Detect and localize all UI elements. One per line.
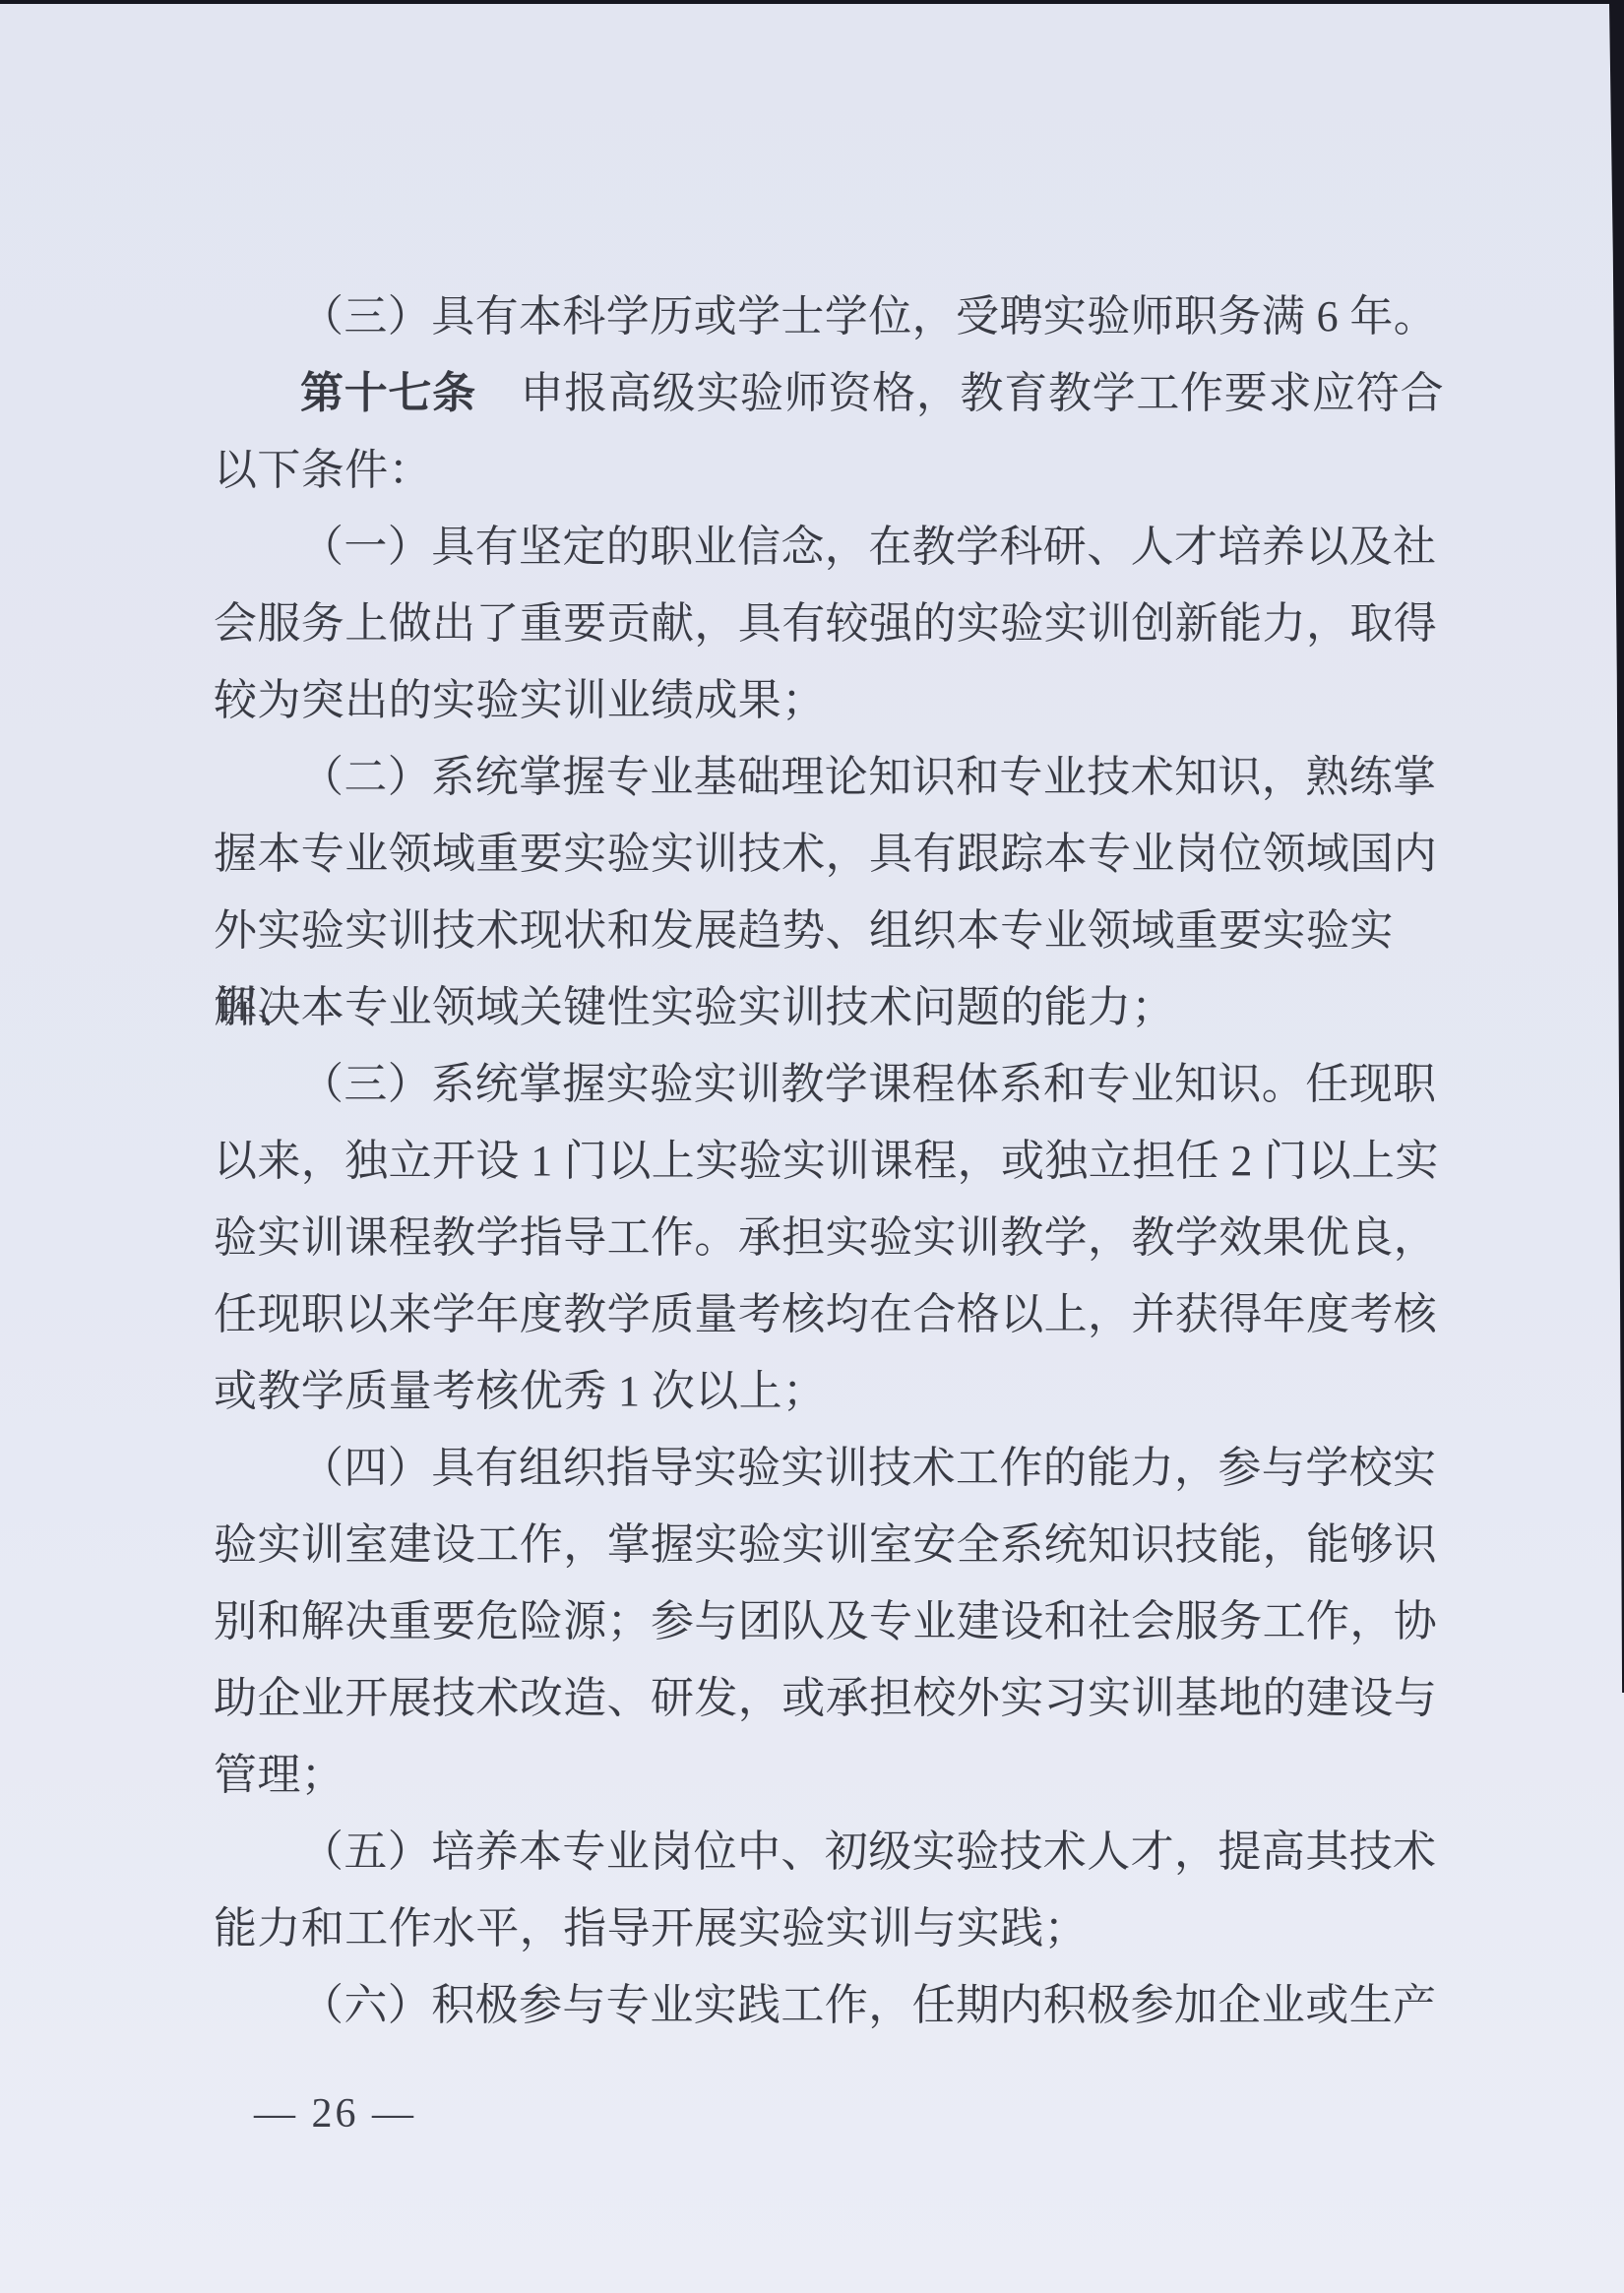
text-line: 任现职以来学年度教学质量考核均在合格以上，并获得年度考核	[214, 1276, 1444, 1353]
text-run: 会服务上做出了重要贡献，具有较强的实验实训创新能力，取得	[214, 599, 1437, 648]
text-run: （一）具有坚定的职业信念，在教学科研、人才培养以及社	[300, 523, 1436, 571]
text-run: （五）培养本专业岗位中、初级实验技术人才，提高其技术	[300, 1828, 1436, 1876]
text-run: 较为突出的实验实训业绩成果；	[214, 676, 826, 724]
page-number: — 26 —	[254, 2088, 416, 2139]
text-run: （四）具有组织指导实验实训技术工作的能力，参与学校实	[300, 1444, 1436, 1492]
scan-top-edge-artifact	[0, 0, 1624, 4]
text-run: 能力和工作水平，指导开展实验实训与实践；	[214, 1904, 1088, 1952]
text-run: 验实训室建设工作，掌握实验实训室安全系统知识技能，能够识	[214, 1520, 1437, 1569]
text-line: 能力和工作水平，指导开展实验实训与实践；	[214, 1890, 1444, 1967]
text-line: 第十七条 申报高级实验师资格，教育教学工作要求应符合	[214, 355, 1444, 432]
text-run: 以来，独立开设 1 门以上实验实训课程，或独立担任 2 门以上实	[214, 1137, 1439, 1185]
text-run: （三）系统掌握实验实训教学课程体系和专业知识。任现职	[300, 1060, 1436, 1108]
scan-right-edge-artifact	[1608, 0, 1624, 1693]
text-line: （六）积极参与专业实践工作，任期内积极参加企业或生产	[214, 1967, 1444, 2044]
text-run: 任现职以来学年度教学质量考核均在合格以上，并获得年度考核	[214, 1290, 1437, 1338]
text-run: 解决本专业领域关键性实验实训技术问题的能力；	[214, 983, 1175, 1031]
text-line: 会服务上做出了重要贡献，具有较强的实验实训创新能力，取得	[214, 586, 1444, 662]
text-run: 以下条件：	[214, 446, 432, 494]
text-line: （四）具有组织指导实验实训技术工作的能力，参与学校实	[214, 1430, 1444, 1507]
text-line: 别和解决重要危险源；参与团队及专业建设和社会服务工作，协	[214, 1583, 1444, 1660]
document-body: （三）具有本科学历或学士学位，受聘实验师职务满 6 年。第十七条 申报高级实验师…	[214, 279, 1444, 2044]
text-run: 管理；	[214, 1751, 344, 1799]
text-line: 较为突出的实验实训业绩成果；	[214, 662, 1444, 739]
text-line: 握本专业领域重要实验实训技术，具有跟踪本专业岗位领域国内	[214, 816, 1444, 893]
text-line: 验实训室建设工作，掌握实验实训室安全系统知识技能，能够识	[214, 1507, 1444, 1583]
text-run: （六）积极参与专业实践工作，任期内积极参加企业或生产	[300, 1981, 1436, 2029]
text-line: （三）具有本科学历或学士学位，受聘实验师职务满 6 年。	[214, 279, 1444, 355]
text-line: 验实训课程教学指导工作。承担实验实训教学，教学效果优良，	[214, 1200, 1444, 1276]
text-run: （二）系统掌握专业基础理论知识和专业技术知识，熟练掌	[300, 753, 1436, 801]
text-line: 以下条件：	[214, 432, 1444, 509]
bold-text-run: 第十七条	[300, 369, 476, 417]
text-run: 助企业开展技术改造、研发，或承担校外实习实训基地的建设与	[214, 1674, 1437, 1722]
text-run: 验实训课程教学指导工作。承担实验实训教学，教学效果优良，	[214, 1213, 1437, 1262]
text-line: 管理；	[214, 1737, 1444, 1814]
text-line: （五）培养本专业岗位中、初级实验技术人才，提高其技术	[214, 1814, 1444, 1890]
text-run: 握本专业领域重要实验实训技术，具有跟踪本专业岗位领域国内	[214, 830, 1437, 878]
scanned-document-page: （三）具有本科学历或学士学位，受聘实验师职务满 6 年。第十七条 申报高级实验师…	[0, 0, 1624, 2293]
text-line: 助企业开展技术改造、研发，或承担校外实习实训基地的建设与	[214, 1660, 1444, 1737]
text-line: （一）具有坚定的职业信念，在教学科研、人才培养以及社	[214, 509, 1444, 586]
text-line: 外实验实训技术现状和发展趋势、组织本专业领域重要实验实训、	[214, 893, 1444, 969]
text-run: （三）具有本科学历或学士学位，受聘实验师职务满 6 年。	[300, 292, 1437, 341]
text-line: 或教学质量考核优秀 1 次以上；	[214, 1353, 1444, 1430]
text-line: （三）系统掌握实验实训教学课程体系和专业知识。任现职	[214, 1046, 1444, 1123]
text-line: （二）系统掌握专业基础理论知识和专业技术知识，熟练掌	[214, 739, 1444, 816]
text-run: 或教学质量考核优秀 1 次以上；	[214, 1367, 826, 1415]
text-run: 别和解决重要危险源；参与团队及专业建设和社会服务工作，协	[214, 1597, 1437, 1645]
text-line: 以来，独立开设 1 门以上实验实训课程，或独立担任 2 门以上实	[214, 1123, 1444, 1200]
text-run: 申报高级实验师资格，教育教学工作要求应符合	[476, 369, 1444, 417]
text-line: 解决本专业领域关键性实验实训技术问题的能力；	[214, 969, 1444, 1046]
